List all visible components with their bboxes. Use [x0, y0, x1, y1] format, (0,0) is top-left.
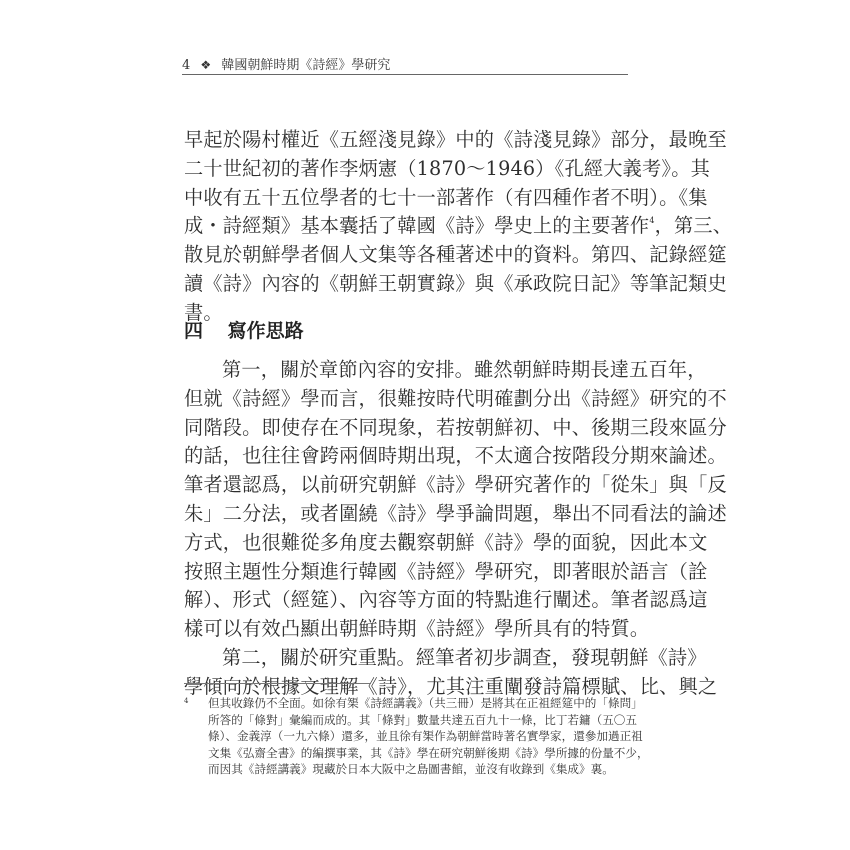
book-page: 4 ❖ 韓國朝鮮時期《詩經》學研究 早起於陽村權近《五經淺見錄》中的《詩淺見錄》…	[0, 0, 850, 850]
text-line: 解）、形式（經筵）、內容等方面的特點進行闡述。筆者認爲這	[184, 586, 656, 615]
text-line: 讀《詩》內容的《朝鮮王朝實錄》與《承政院日記》等筆記類史	[184, 270, 656, 299]
ornament-icon: ❖	[200, 58, 211, 72]
text-line: 筆者還認爲，以前研究朝鮮《詩》學研究著作的「從朱」與「反	[184, 471, 656, 500]
paragraph-2: 第一，關於章節內容的安排。雖然朝鮮時期長達五百年， 但就《詩經》學而言，很難按時…	[184, 356, 656, 702]
section-heading: 四 寫作思路	[184, 318, 304, 344]
footnote-line: 條）、金義淳（一九六條）還多，並且徐有榘作為朝鮮當時著名實學家，還參加過正祖	[184, 728, 654, 745]
text-segment: ，第三、	[655, 214, 733, 237]
paragraph-1: 早起於陽村權近《五經淺見錄》中的《詩淺見錄》部分，最晚至 二十世紀初的著作李炳憲…	[184, 126, 656, 328]
text-line: 樣可以有效凸顯出朝鮮時期《詩經》學所具有的特質。	[184, 615, 656, 644]
footnote-line: 但其收錄仍不全面。如徐有榘《詩經講義》（共三冊）是將其在正祖經筵中的「條問」	[184, 695, 654, 712]
header-rule	[182, 74, 628, 75]
footnote-line: 而因其《詩經講義》現藏於日本大阪中之島圖書館，並沒有收錄到《集成》裏。	[184, 761, 654, 778]
text-segment: 成・詩經類》基本囊括了韓國《詩》學史上的主要著作	[184, 214, 649, 237]
page-number: 4	[182, 58, 190, 73]
footnote-separator	[184, 683, 370, 684]
footnote-mark: 4	[184, 693, 188, 710]
running-title: 韓國朝鮮時期《詩經》學研究	[221, 58, 390, 73]
text-line: 中收有五十五位學者的七十一部著作（有四種作者不明）。《集	[184, 184, 656, 213]
text-line: 二十世紀初的著作李炳憲（1870～1946）《孔經大義考》。其	[184, 155, 656, 184]
text-line: 第二，關於研究重點。經筆者初步調查，發現朝鮮《詩》	[184, 644, 656, 673]
footnote-line: 所答的「條對」彙編而成的。其「條對」數量共達五百九十一條，比丁若鏞（五〇五	[184, 712, 654, 729]
text-line: 按照主題性分類進行韓國《詩經》學研究，即著眼於語言（詮	[184, 558, 656, 587]
footnote-4: 4 但其收錄仍不全面。如徐有榘《詩經講義》（共三冊）是將其在正祖經筵中的「條問」…	[184, 695, 654, 778]
text-line: 早起於陽村權近《五經淺見錄》中的《詩淺見錄》部分，最晚至	[184, 126, 656, 155]
running-header: 4 ❖ 韓國朝鮮時期《詩經》學研究	[182, 56, 628, 76]
text-line-with-footnote: 成・詩經類》基本囊括了韓國《詩》學史上的主要著作4，第三、	[184, 212, 656, 241]
text-line: 朱」二分法，或者圍繞《詩》學爭論問題，舉出不同看法的論述	[184, 500, 656, 529]
text-line: 但就《詩經》學而言，很難按時代明確劃分出《詩經》研究的不	[184, 385, 656, 414]
text-line: 同階段。即使存在不同現象，若按朝鮮初、中、後期三段來區分	[184, 414, 656, 443]
text-line: 第一，關於章節內容的安排。雖然朝鮮時期長達五百年，	[184, 356, 656, 385]
text-line: 的話，也往往會跨兩個時期出現，不太適合按階段分期來論述。	[184, 442, 656, 471]
text-line: 方式，也很難從多角度去觀察朝鮮《詩》學的面貌，因此本文	[184, 529, 656, 558]
section-number: 四	[184, 320, 203, 342]
section-title: 寫作思路	[228, 320, 304, 342]
footnote-line: 文集《弘齋全書》的編撰事業，其《詩》學在研究朝鮮後期《詩》學所據的份量不少，	[184, 745, 654, 762]
text-line: 散見於朝鮮學者個人文集等各種著述中的資料。第四、記錄經筵	[184, 241, 656, 270]
